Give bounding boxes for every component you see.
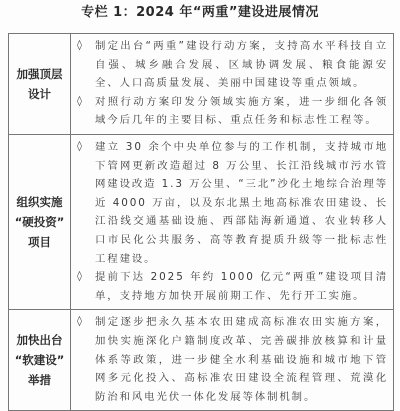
row-label-line: 加强顶层	[9, 64, 70, 84]
item-text: 建立 30 余个中央单位参与的工作机制，支持城市地下管网更新改造超过 8 万公里…	[95, 138, 388, 268]
diamond-bullet-icon: ◊	[77, 268, 95, 287]
row-label-line: “硬投资”	[9, 212, 70, 232]
item-text: 提前下达 2025 年约 1000 亿元“两重”建设项目清单，支持地方加快开展前…	[95, 268, 388, 305]
diamond-bullet-icon: ◊	[77, 37, 95, 56]
list-item: ◊ 提前下达 2025 年约 1000 亿元“两重”建设项目清单，支持地方加快开…	[77, 268, 388, 305]
row-label: 组织实施 “硬投资” 项目	[9, 134, 71, 309]
row-label-line: “软建设”	[9, 350, 70, 361]
diamond-bullet-icon: ◊	[77, 93, 95, 112]
item-text: 制定逐步把永久基本农田建成高标准农田实施方案，加快实施深化户籍制度改革、完善碳排…	[95, 313, 388, 361]
row-content: ◊ 制定逐步把永久基本农田建成高标准农田实施方案，加快实施深化户籍制度改革、完善…	[71, 310, 394, 361]
row-label-line: 项目	[9, 232, 70, 252]
diamond-bullet-icon: ◊	[77, 313, 95, 332]
row-label-line: 组织实施	[9, 192, 70, 212]
table-row-top-level-design: 加强顶层 设计 ◊ 制定出台“两重”建设行动方案，支持高水平科技自立自强、城乡融…	[9, 34, 394, 135]
list-item: ◊ 建立 30 余个中央单位参与的工作机制，支持城市地下管网更新改造超过 8 万…	[77, 138, 388, 268]
table-row-hard-investment: 组织实施 “硬投资” 项目 ◊ 建立 30 余个中央单位参与的工作机制，支持城市…	[9, 134, 394, 309]
list-item: ◊ 制定出台“两重”建设行动方案，支持高水平科技自立自强、城乡融合发展、区域协调…	[77, 37, 388, 93]
list-item: ◊ 对照行动方案印发分领域实施方案，进一步细化各领域今后几年的主要目标、重点任务…	[77, 93, 388, 130]
row-label: 加快出台 “软建设” 举措	[9, 310, 71, 361]
row-content: ◊ 制定出台“两重”建设行动方案，支持高水平科技自立自强、城乡融合发展、区域协调…	[71, 34, 394, 135]
column-title: 专栏 1：2024 年“两重”建设进展情况	[0, 4, 400, 22]
item-text: 对照行动方案印发分领域实施方案，进一步细化各领域今后几年的主要目标、重点任务和标…	[95, 93, 388, 130]
diamond-bullet-icon: ◊	[77, 138, 95, 157]
row-content: ◊ 建立 30 余个中央单位参与的工作机制，支持城市地下管网更新改造超过 8 万…	[71, 134, 394, 309]
row-label-line: 设计	[9, 84, 70, 104]
row-label-line: 加快出台	[9, 330, 70, 350]
progress-table: 加强顶层 设计 ◊ 制定出台“两重”建设行动方案，支持高水平科技自立自强、城乡融…	[8, 33, 394, 361]
item-text: 制定出台“两重”建设行动方案，支持高水平科技自立自强、城乡融合发展、区域协调发展…	[95, 37, 388, 93]
row-label: 加强顶层 设计	[9, 34, 71, 135]
list-item: ◊ 制定逐步把永久基本农田建成高标准农田实施方案，加快实施深化户籍制度改革、完善…	[77, 313, 388, 361]
table-row-soft-construction: 加快出台 “软建设” 举措 ◊ 制定逐步把永久基本农田建成高标准农田实施方案，加…	[9, 310, 394, 361]
